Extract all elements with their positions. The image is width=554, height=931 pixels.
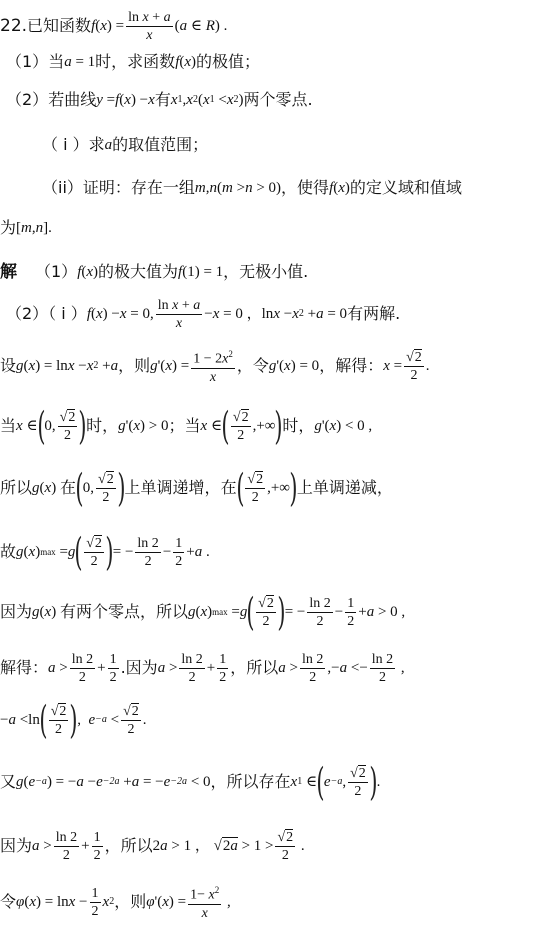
text: ，解得： xyxy=(319,356,383,376)
text: 的极值； xyxy=(196,52,260,72)
fraction: 12 xyxy=(90,885,101,920)
text: 因为 xyxy=(0,836,32,856)
fraction: ln x + ax xyxy=(156,297,203,332)
solution-part-1: 解 （1） f(x) 的极大值为 f(1) = 1 ，无极小值. xyxy=(0,262,308,282)
text: 在 xyxy=(60,478,76,498)
text: .因为 xyxy=(121,658,158,678)
text: 的极大值为 xyxy=(98,262,178,282)
fraction: ln 22 xyxy=(300,651,325,686)
fraction: ln 22 xyxy=(54,829,79,864)
text: 时， xyxy=(86,416,118,436)
text: 的取值范围； xyxy=(112,135,208,155)
solution-g-at-exp: 又 g(e−a) = −a − e−2a +a = −e−2a < 0 ，所以存… xyxy=(0,760,380,804)
fraction: ln 22 xyxy=(70,651,95,686)
text: 又 xyxy=(0,772,16,792)
fraction: 1 − 2x2x xyxy=(191,346,235,386)
fraction: ln 22 xyxy=(179,651,204,686)
solution-phi: 令 φ(x) = ln x − 12 x2 ，则 φ'(x) = 1− x2x … xyxy=(0,882,231,922)
part-label: （1） xyxy=(6,52,48,72)
fraction: ln 22 xyxy=(135,535,160,570)
text: 上单调递减， xyxy=(297,478,393,498)
text: 时，求函数 xyxy=(95,52,175,72)
problem-number: 22. xyxy=(0,16,27,36)
part-2: （2） 若曲线 y = f(x) − x 有 x1, x2(x1 < x2) 两… xyxy=(0,90,313,110)
part-2-ii-cont: 为 [m,n]. xyxy=(0,218,52,238)
solution-monotonic-cases: 当 x ∈ (0, √22) 时， g'(x) > 0 ； 当 x ∈ ( √2… xyxy=(0,404,372,448)
fraction: 12 xyxy=(345,595,356,630)
text: 的定义域和值域 xyxy=(350,178,462,198)
part-1: （1） 当 a = 1 时，求函数 f(x) 的极值； xyxy=(0,52,260,72)
fraction: 1− x2x xyxy=(188,882,221,922)
text: ； xyxy=(169,416,185,436)
fraction: √22 xyxy=(121,703,141,738)
fraction: √22 xyxy=(84,535,104,570)
text: ，所以 xyxy=(105,836,153,856)
part-2-i: （ i ） 求 a 的取值范围； xyxy=(0,135,208,155)
text: 有两解. xyxy=(347,304,400,324)
fraction: √22 xyxy=(256,595,276,630)
text: 在 xyxy=(221,478,237,498)
fraction: √22 xyxy=(404,349,424,384)
text: 上单调递增， xyxy=(125,478,221,498)
fraction: 12 xyxy=(173,535,184,570)
text: 有两个零点，所以 xyxy=(60,602,188,622)
text: ，令 xyxy=(237,356,269,376)
text: 若曲线 xyxy=(48,90,96,110)
fraction: √22 xyxy=(49,703,69,738)
text: 时， xyxy=(282,416,314,436)
fraction: ln x + ax xyxy=(126,9,173,44)
text: 故 xyxy=(0,542,16,562)
solution-part-2-i: （2）（ i ） f(x) − x = 0, ln x + ax − x = 0… xyxy=(0,296,400,332)
solution-gmax-positive: 因为 g(x) 有两个零点，所以 g(x)max = g (√22) = − l… xyxy=(0,590,405,634)
part-2-ii: （ii） 证明：存在一组 m,n(m > n > 0) ，使得 f(x) 的定义… xyxy=(0,178,462,198)
fraction: √22 xyxy=(58,409,78,444)
problem-stem: 22. 已知函数 f(x) = ln x + ax (a ∈ R) . xyxy=(0,8,227,44)
text: 当 xyxy=(185,416,201,436)
text: 当 xyxy=(0,416,16,436)
fraction: √22 xyxy=(275,829,295,864)
part-label: （ii） xyxy=(42,178,83,198)
solution-derivative: 设 g(x) = ln x − x2 + a ，则 g'(x) = 1 − 2x… xyxy=(0,346,430,386)
text: 证明：存在一组 xyxy=(83,178,195,198)
fraction: √22 xyxy=(348,765,368,800)
fraction: √22 xyxy=(245,471,265,506)
fraction: 12 xyxy=(92,829,103,864)
solution-exp-bound: −a <ln (√22) , e−a < √22. xyxy=(0,698,147,742)
text: ，则 xyxy=(114,892,146,912)
fraction: 12 xyxy=(108,651,119,686)
text: 为 xyxy=(0,218,16,238)
text: 解得： xyxy=(0,658,48,678)
fraction: √22 xyxy=(231,409,251,444)
text: 设 xyxy=(0,356,16,376)
stem-text: 已知函数 xyxy=(27,16,91,36)
text: 所以 xyxy=(0,478,32,498)
solution-heading: 解 xyxy=(0,262,17,282)
part-label: （ i ） xyxy=(42,135,89,155)
part-label: （2） xyxy=(6,90,48,110)
text: ，使得 xyxy=(281,178,329,198)
text: 当 xyxy=(48,52,64,72)
text: 令 xyxy=(0,892,16,912)
text: 因为 xyxy=(0,602,32,622)
fraction: 12 xyxy=(217,651,228,686)
solution-sqrt-bound: 因为 a > ln 22+ 12 ，所以 2a > 1 ， √2a > 1 > … xyxy=(0,826,305,866)
text: ，所以存在 xyxy=(211,772,291,792)
text: ，无极小值. xyxy=(223,262,308,282)
fraction: √22 xyxy=(96,471,116,506)
solution-monotonic-summary: 所以 g(x) 在 (0, √22) 上单调递增， 在 ( √22,+∞) 上单… xyxy=(0,466,393,510)
solution-a-range: 解得： a > ln 22+ 12 .因为 a > ln 22+ 12 ，所以 … xyxy=(0,648,405,688)
text: ，所以 xyxy=(230,658,278,678)
fraction: ln 22 xyxy=(370,651,395,686)
text: 有 xyxy=(155,90,171,110)
text: 求 xyxy=(89,135,105,155)
fraction: ln 22 xyxy=(307,595,332,630)
text: ，则 xyxy=(118,356,150,376)
solution-gmax: 故 g(x)max = g (√22) = − ln 22− 12+a . xyxy=(0,530,210,574)
text: 两个零点. xyxy=(244,90,313,110)
